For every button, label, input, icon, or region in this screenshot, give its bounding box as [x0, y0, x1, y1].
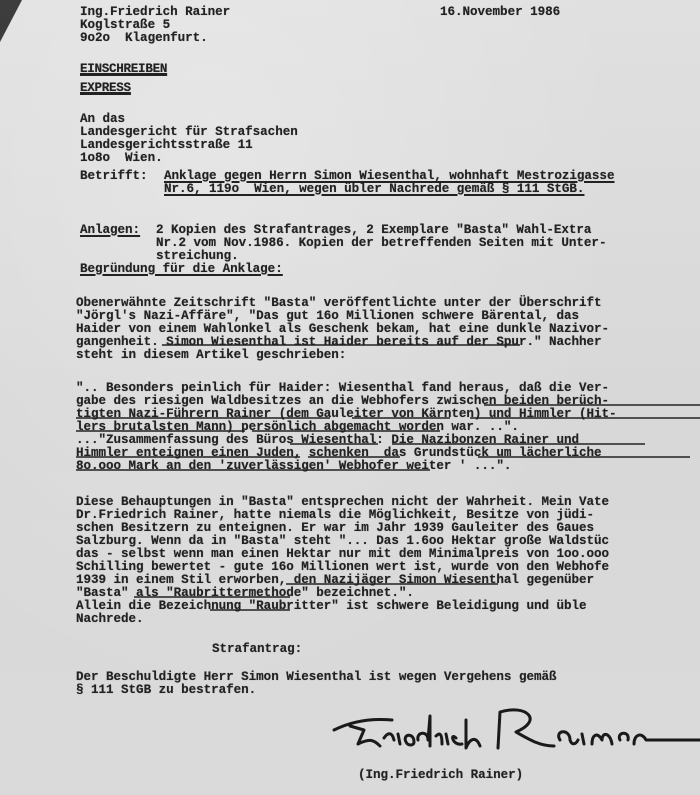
rebuttal-line: Nachrede. [76, 613, 144, 626]
scanned-letter-page: Ing.Friedrich Rainer Koglstraße 5 9o2o K… [0, 0, 700, 795]
attachments-label: Anlagen: [80, 224, 140, 237]
subject-label: Betrifft: [80, 170, 148, 183]
reasoning-heading: Begründung für die Anklage: [80, 263, 283, 276]
registered-mail-mark: EINSCHREIBEN [80, 63, 167, 76]
rebuttal-line: Allein die Bezeichnung "Raubritter" ist … [76, 600, 587, 613]
subject-line-2: Nr.6, 119o Wien, wegen übler Nachrede ge… [164, 183, 584, 196]
letter-date: 16.November 1986 [440, 6, 560, 19]
body-line: steht in diesem Artikel geschrieben: [76, 349, 346, 362]
motion-line: § 111 StGB zu bestrafen. [76, 684, 256, 697]
sender-city: 9o2o Klagenfurt. [80, 32, 208, 45]
express-mark: EXPRESS [80, 82, 131, 95]
recipient-city: 1o8o Wien. [80, 152, 163, 165]
motion-heading: Strafantrag: [212, 643, 302, 656]
scan-corner-shadow [0, 0, 22, 42]
signature-printed-name: (Ing.Friedrich Rainer) [358, 769, 523, 782]
handwritten-signature [330, 700, 700, 762]
quote-line: 8o.ooo Mark an den 'zuverlässigen' Webho… [76, 460, 511, 473]
